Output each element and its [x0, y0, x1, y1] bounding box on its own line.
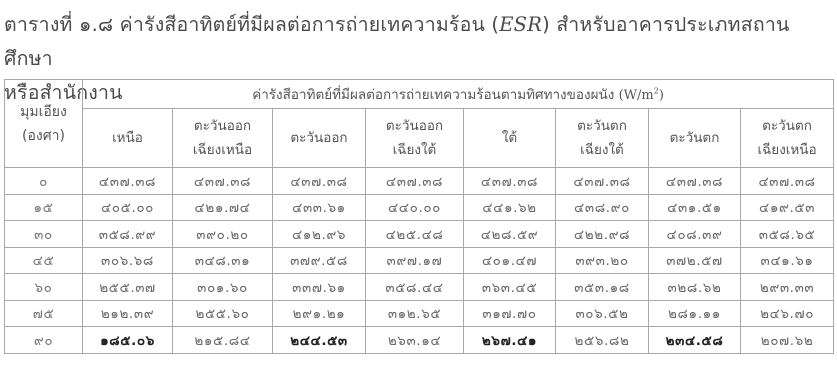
angle-cell: ๖๐ [5, 274, 83, 301]
value-cell-highlighted: ๒๓๔.๕๘ [649, 327, 741, 354]
angle-cell: ๓๐ [5, 221, 83, 248]
direction-group-header: ค่ารังสีอาทิตย์ที่มีผลต่อการถ่ายเทความร้… [83, 80, 834, 109]
value-cell: ๔๐๕.๐๐ [83, 194, 173, 221]
value-cell: ๓๕๘.๙๙ [83, 221, 173, 248]
value-cell: ๔๓๑.๕๑ [649, 194, 741, 221]
value-cell: ๓๗๒.๕๗ [649, 247, 741, 274]
value-cell: ๔๒๑.๗๔ [173, 194, 273, 221]
value-cell: ๔๓๗.๓๘ [83, 168, 173, 195]
value-cell: ๔๓๓.๖๑ [273, 194, 366, 221]
value-cell: ๔๓๗.๓๘ [741, 168, 834, 195]
table-row: ๑๕ ๔๐๕.๐๐ ๔๒๑.๗๔ ๔๓๓.๖๑ ๔๔๐.๐๐ ๔๔๑.๖๒ ๔๓… [5, 194, 834, 221]
value-cell: ๓๓๗.๖๑ [273, 274, 366, 301]
value-cell: ๒๔๖.๗๐ [741, 300, 834, 327]
table-row: ๙๐ ๑๘๕.๐๖ ๒๑๕.๘๔ ๒๔๔.๕๓ ๒๖๓.๑๔ ๒๖๗.๔๑ ๒๕… [5, 327, 834, 354]
value-cell: ๒๕๕.๓๗ [83, 274, 173, 301]
value-cell: ๓๒๘.๖๒ [649, 274, 741, 301]
value-cell: ๓๙๐.๒๐ [173, 221, 273, 248]
value-cell: ๔๐๑.๔๗ [464, 247, 556, 274]
value-cell: ๒๖๓.๑๔ [366, 327, 464, 354]
table-row: ๓๐ ๓๕๘.๙๙ ๓๙๐.๒๐ ๔๑๒.๙๖ ๔๒๕.๔๘ ๔๒๘.๕๙ ๔๒… [5, 221, 834, 248]
table-row: ๔๕ ๓๐๖.๖๘ ๓๔๘.๓๑ ๓๗๙.๕๘ ๓๙๗.๑๗ ๔๐๑.๔๗ ๓๙… [5, 247, 834, 274]
value-cell: ๒๑๕.๘๔ [173, 327, 273, 354]
value-cell: ๔๒๒.๙๘ [556, 221, 649, 248]
value-cell: ๔๓๗.๓๘ [273, 168, 366, 195]
value-cell-highlighted: ๒๖๗.๔๑ [464, 327, 556, 354]
esr-abbrev: ESR [499, 13, 542, 36]
value-cell: ๓๐๖.๖๘ [83, 247, 173, 274]
header-west: ตะวันตก [649, 109, 741, 168]
value-cell: ๒๕๕.๖๐ [173, 300, 273, 327]
header-southeast: ตะวันออกเฉียงใต้ [366, 109, 464, 168]
value-cell: ๓๑๗.๗๐ [464, 300, 556, 327]
value-cell: ๔๓๘.๙๐ [556, 194, 649, 221]
value-cell: ๓๔๑.๖๑ [741, 247, 834, 274]
table-row: ๖๐ ๒๕๕.๓๗ ๓๐๑.๖๐ ๓๓๗.๖๑ ๓๕๘.๔๔ ๓๖๓.๔๕ ๓๕… [5, 274, 834, 301]
value-cell: ๓๖๓.๔๕ [464, 274, 556, 301]
value-cell: ๒๐๗.๖๒ [741, 327, 834, 354]
angle-column-header: มุมเอียง (องศา) [5, 80, 83, 168]
caption-line-1: ตารางที่ ๑.๘ ค่ารังสีอาทิตย์ที่มีผลต่อกา… [4, 8, 834, 76]
header-southwest: ตะวันตกเฉียงใต้ [556, 109, 649, 168]
value-cell: ๔๓๗.๓๘ [173, 168, 273, 195]
unit-label: (W/m2) [619, 88, 664, 103]
value-cell-highlighted: ๒๔๔.๕๓ [273, 327, 366, 354]
header-northeast: ตะวันออกเฉียงเหนือ [173, 109, 273, 168]
value-cell: ๓๕๓.๑๘ [556, 274, 649, 301]
header-south: ใต้ [464, 109, 556, 168]
value-cell: ๒๘๑.๑๑ [649, 300, 741, 327]
table-row: ๗๕ ๒๑๒.๓๙ ๒๕๕.๖๐ ๒๙๑.๒๑ ๓๑๒.๖๕ ๓๑๗.๗๐ ๓๐… [5, 300, 834, 327]
value-cell: ๔๑๙.๕๓ [741, 194, 834, 221]
value-cell: ๓๑๒.๖๕ [366, 300, 464, 327]
value-cell: ๔๑๒.๙๖ [273, 221, 366, 248]
angle-cell: ๙๐ [5, 327, 83, 354]
value-cell: ๓๙๗.๑๗ [366, 247, 464, 274]
header-northwest: ตะวันตกเฉียงเหนือ [741, 109, 834, 168]
header-north: เหนือ [83, 109, 173, 168]
value-cell: ๒๙๓.๓๓ [741, 274, 834, 301]
value-cell: ๔๓๗.๓๘ [556, 168, 649, 195]
value-cell: ๓๔๘.๓๑ [173, 247, 273, 274]
value-cell: ๒๑๒.๓๙ [83, 300, 173, 327]
header-east: ตะวันออก [273, 109, 366, 168]
esr-table: มุมเอียง (องศา) ค่ารังสีอาทิตย์ที่มีผลต่… [4, 79, 834, 354]
value-cell: ๓๐๖.๕๒ [556, 300, 649, 327]
value-cell: ๔๓๗.๓๘ [464, 168, 556, 195]
angle-cell: ๔๕ [5, 247, 83, 274]
value-cell: ๔๓๗.๓๘ [649, 168, 741, 195]
value-cell: ๔๐๘.๓๙ [649, 221, 741, 248]
value-cell: ๓๗๙.๕๘ [273, 247, 366, 274]
value-cell: ๔๔๐.๐๐ [366, 194, 464, 221]
value-cell: ๔๒๘.๕๙ [464, 221, 556, 248]
value-cell: ๔๓๗.๓๘ [366, 168, 464, 195]
value-cell: ๒๙๑.๒๑ [273, 300, 366, 327]
value-cell: ๓๕๘.๔๔ [366, 274, 464, 301]
value-cell: ๒๕๖.๘๒ [556, 327, 649, 354]
angle-cell: ๑๕ [5, 194, 83, 221]
angle-cell: ๐ [5, 168, 83, 195]
value-cell: ๔๔๑.๖๒ [464, 194, 556, 221]
angle-cell: ๗๕ [5, 300, 83, 327]
value-cell: ๓๐๑.๖๐ [173, 274, 273, 301]
value-cell: ๔๒๕.๔๘ [366, 221, 464, 248]
value-cell-highlighted: ๑๘๕.๐๖ [83, 327, 173, 354]
value-cell: ๓๕๘.๖๕ [741, 221, 834, 248]
value-cell: ๓๙๓.๒๐ [556, 247, 649, 274]
table-row: ๐ ๔๓๗.๓๘ ๔๓๗.๓๘ ๔๓๗.๓๘ ๔๓๗.๓๘ ๔๓๗.๓๘ ๔๓๗… [5, 168, 834, 195]
